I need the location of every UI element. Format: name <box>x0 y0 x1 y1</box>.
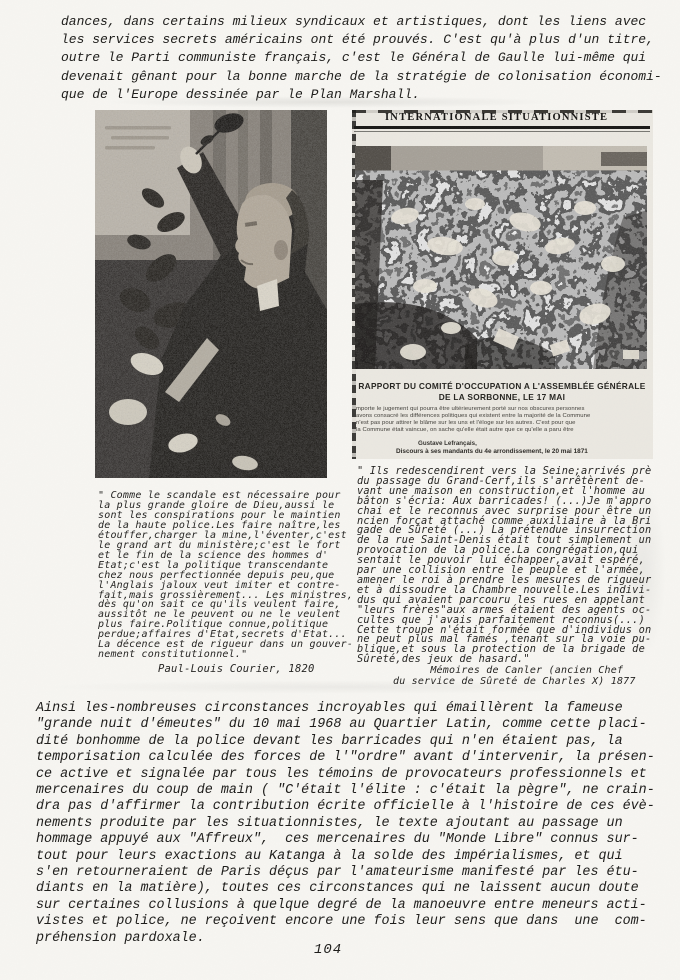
right-quote-attribution: Mémoires de Canler (ancien Chef du servi… <box>393 666 636 687</box>
photo-sorbonne-assembly-crowd <box>355 146 647 369</box>
left-quote-courier: " Comme le scandale est nécessaire pour … <box>98 491 353 660</box>
closing-paragraph: Ainsi les-nombreuses circonstances incro… <box>36 701 655 947</box>
scanned-book-page: dances, dans certains milieux syndicaux … <box>0 0 680 980</box>
crowd-illustration <box>355 146 647 369</box>
clipping-headline: RAPPORT DU COMITÉ D'OCCUPATION A L'ASSEM… <box>352 381 652 402</box>
clipping-masthead: INTERNATIONALE SITUATIONNISTE <box>385 112 625 123</box>
newspaper-clipping-internationale-situationniste: INTERNATIONALE SITUATIONNISTE <box>352 110 653 459</box>
clipping-attribution-source: Discours à ses mandants du 4e arrondisse… <box>396 448 588 455</box>
photo-man-with-rose <box>95 110 327 478</box>
left-quote-attribution: Paul-Louis Courier, 1820 <box>158 663 315 675</box>
man-with-rose-illustration <box>95 110 327 478</box>
right-quote-canler: " Ils redescendirent vers la Seine;arriv… <box>357 467 651 665</box>
page-number: 104 <box>314 942 342 958</box>
clipping-body-text: mporte le jugement qui pourra être ultér… <box>356 406 650 434</box>
intro-paragraph: dances, dans certains milieux syndicaux … <box>61 13 662 104</box>
masthead-rule <box>354 126 650 129</box>
masthead-rule-thin <box>354 131 650 132</box>
clipping-attribution-name: Gustave Lefrançais, <box>418 440 477 447</box>
